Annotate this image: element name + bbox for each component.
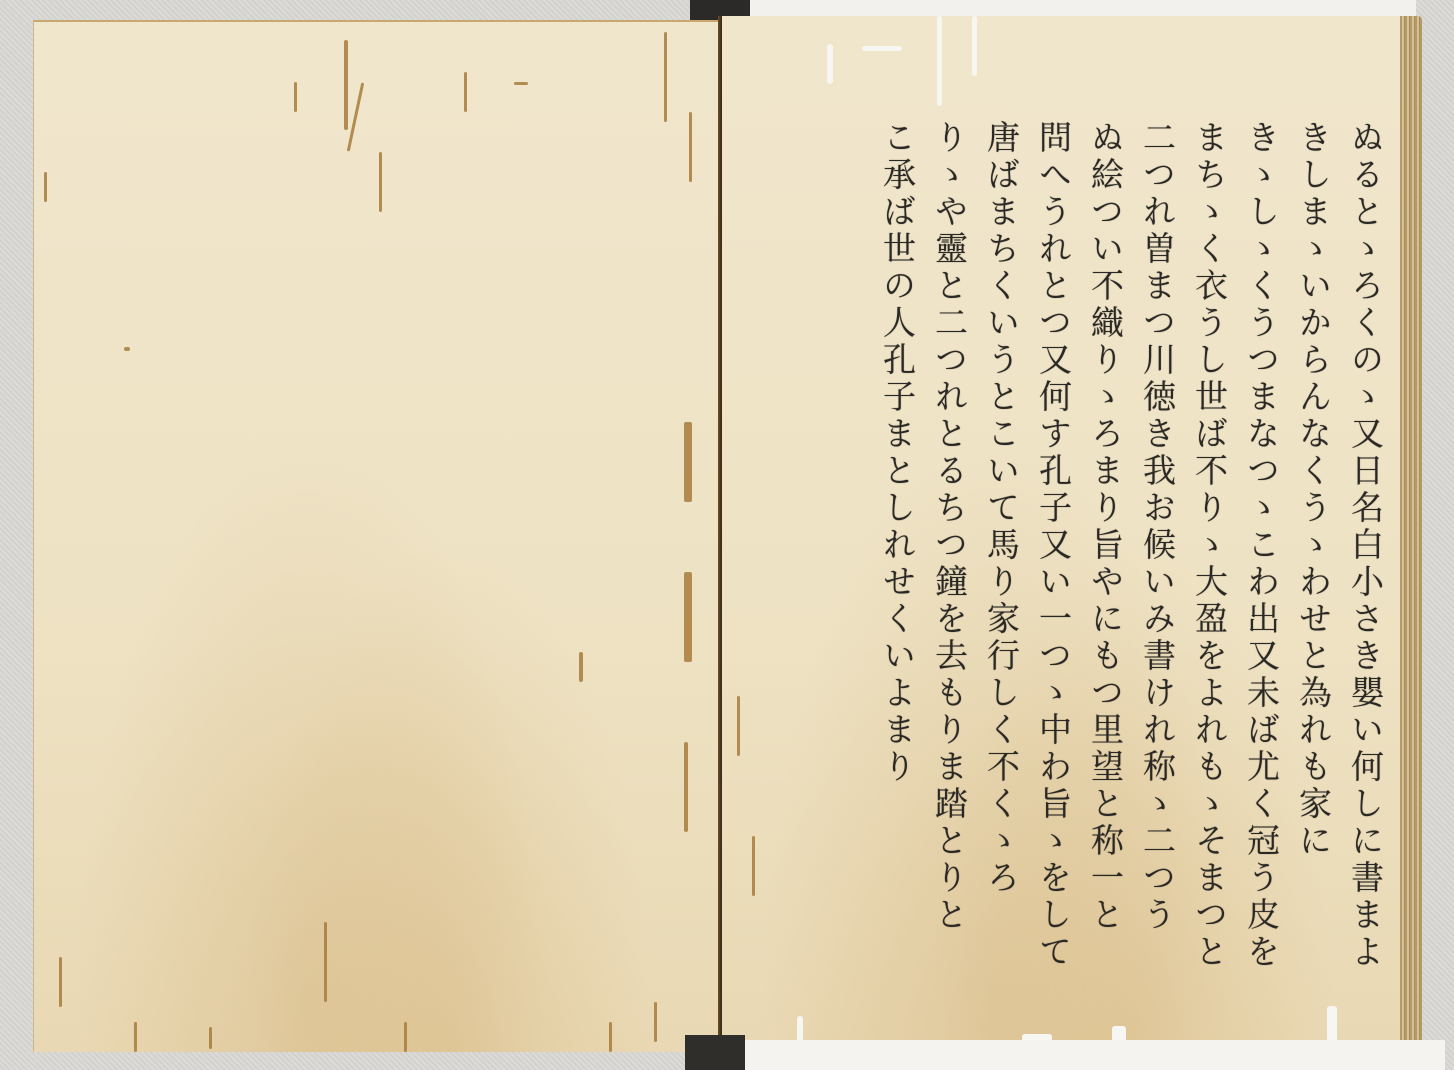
text-column: ぬるとゝろくのゝ又日名白小さき嬰い何しに書まよ — [1340, 120, 1390, 900]
wormhole — [294, 82, 297, 112]
manuscript-text: ぬるとゝろくのゝ又日名白小さき嬰い何しに書まよ きしまゝいからんなくうゝわせと為… — [870, 120, 1390, 900]
paper-tear — [972, 16, 977, 76]
paper-tear — [862, 46, 902, 51]
wormhole — [209, 1027, 212, 1049]
wormhole — [752, 836, 755, 896]
paper-tear — [937, 16, 942, 106]
wormhole — [684, 422, 692, 502]
text-column: こ承ば世の人孔子まとしれせくいよまり — [872, 120, 922, 900]
wormhole — [344, 40, 348, 130]
spine-shadow-bottom — [685, 1035, 745, 1070]
text-column: きしまゝいからんなくうゝわせと為れも家に — [1288, 120, 1338, 900]
wormhole — [514, 82, 528, 85]
wormhole — [689, 112, 692, 182]
wormhole — [684, 742, 688, 832]
wormhole — [737, 696, 740, 756]
text-column: ぬ絵つい不織りゝろまり旨やにもつ里望と称一と — [1080, 120, 1130, 900]
wormhole — [324, 922, 327, 1002]
wormhole — [404, 1022, 407, 1052]
wormhole — [124, 347, 130, 351]
wormhole — [59, 957, 62, 1007]
wormhole — [44, 172, 47, 202]
wormhole — [609, 1022, 612, 1052]
wormhole — [664, 32, 667, 122]
text-column: 二つれ曽まつ川徳き我お候いみ書けれ称ゝ二つう — [1132, 120, 1182, 900]
page-fore-edge — [1400, 16, 1422, 1050]
text-column: まちゝく衣うし世ば不りゝ大盈をよれもゝそまつと — [1184, 120, 1234, 900]
wormhole — [347, 82, 364, 151]
wormhole — [654, 1002, 657, 1042]
text-column: きゝしゝくうつまなつゝこわ出又未ば尤く冠う皮を — [1236, 120, 1286, 900]
text-column: 問へうれとつ又何す孔子又い一つゝ中わ旨ゝをして — [1028, 120, 1078, 900]
text-column: りゝや靈と二つれとるちつ鐘を去もりま踏とりと — [924, 120, 974, 900]
wormhole — [379, 152, 382, 212]
wormhole — [579, 652, 583, 682]
left-page — [33, 20, 724, 1052]
text-column: 唐ばまちくいうとこいて馬り家行しく不くゝろ — [976, 120, 1026, 900]
wormhole — [684, 572, 692, 662]
paper-tear — [827, 44, 833, 84]
wormhole — [134, 1022, 137, 1052]
wormhole — [464, 72, 467, 112]
backdrop-bottom — [745, 1040, 1445, 1070]
